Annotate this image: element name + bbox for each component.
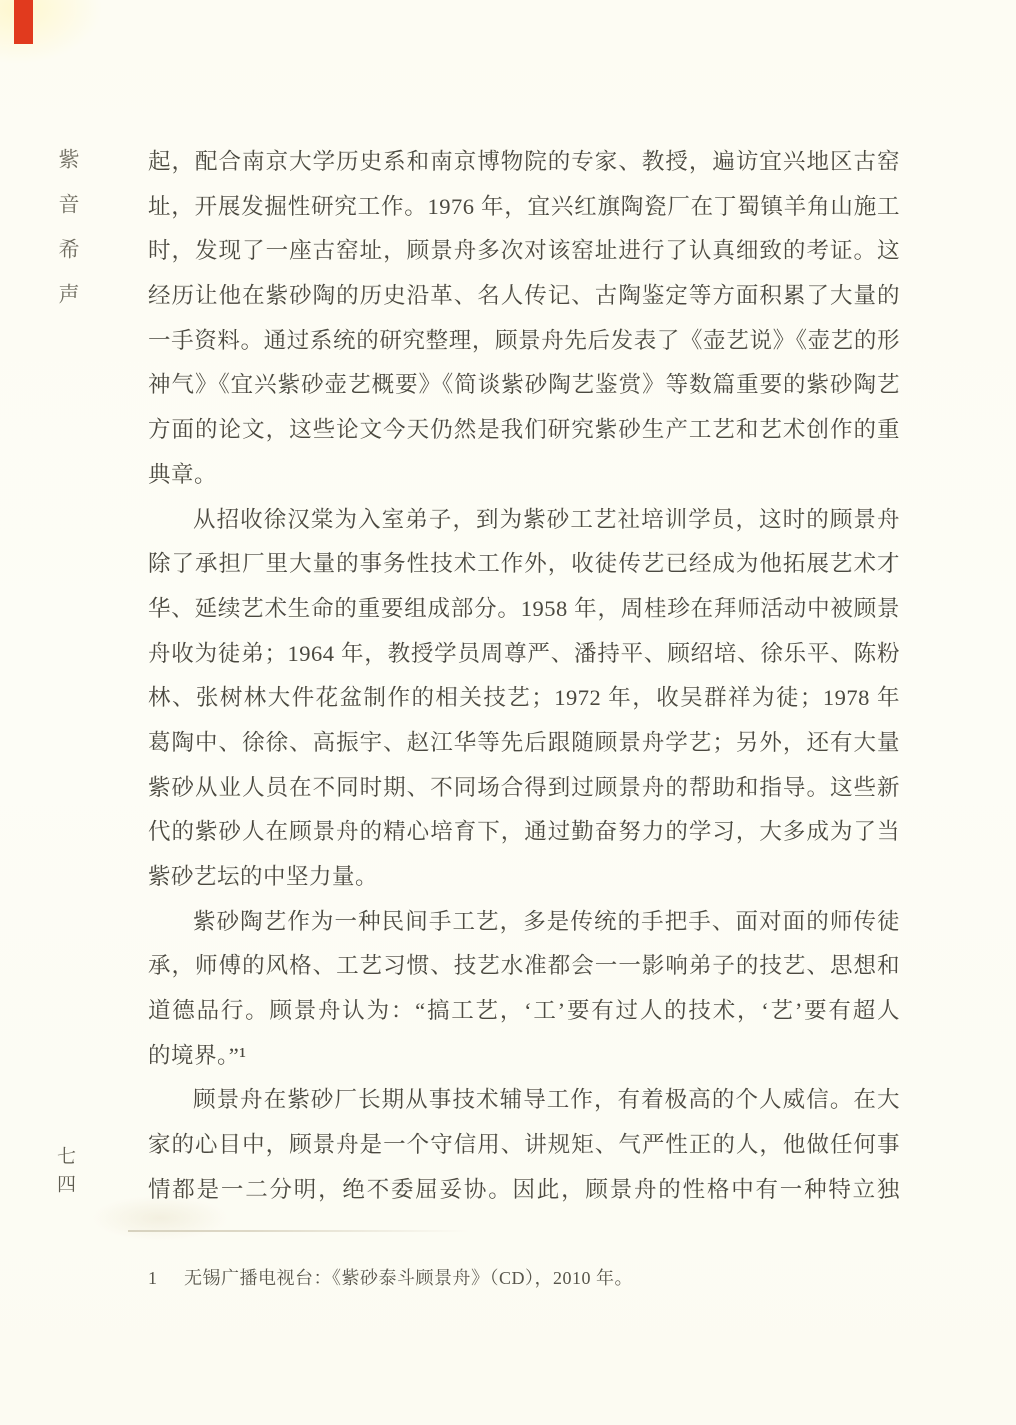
text-line: 紫砂陶艺作为一种民间手工艺，多是传统的手把手、面对面的师传徒 [148, 900, 900, 945]
footnote: 1无锡广播电视台：《紫砂泰斗顾景舟》（CD），2010 年。 [148, 1263, 888, 1293]
text-line: 的境界。”¹ [148, 1034, 900, 1079]
footnote-marker: 1 [148, 1263, 164, 1293]
footnote-separator [128, 1230, 468, 1232]
text-line: 舟收为徒弟；1964 年，教授学员周尊严、潘持平、顾绍培、徐乐平、陈粉 [148, 632, 900, 677]
footnote-text: 无锡广播电视台：《紫砂泰斗顾景舟》（CD），2010 年。 [184, 1268, 633, 1288]
page-number: 七四 [51, 1146, 78, 1226]
text-line: 林、张树林大件花盆制作的相关技艺；1972 年，收吴群祥为徒；1978 年后， [148, 676, 900, 721]
text-line: 家的心目中，顾景舟是一个守信用、讲规矩、气严性正的人，他做任何事 [148, 1123, 900, 1168]
text-line: 时，发现了一座古窑址，顾景舟多次对该窑址进行了认真细致的考证。这些 [148, 229, 900, 274]
text-line: 紫砂从业人员在不同时期、不同场合得到过顾景舟的帮助和指导。这些新一 [148, 766, 900, 811]
text-line: 除了承担厂里大量的事务性技术工作外，收徒传艺已经成为他拓展艺术才 [148, 542, 900, 587]
text-line: 神气》《宜兴紫砂壶艺概要》《简谈紫砂陶艺鉴赏》等数篇重要的紫砂陶艺 [148, 363, 900, 408]
text-line: 一手资料。通过系统的研究整理，顾景舟先后发表了《壶艺说》《壶艺的形 [148, 319, 900, 364]
text-line: 代的紫砂人在顾景舟的精心培育下，通过勤奋努力的学习，大多成为了当代 [148, 810, 900, 855]
text-line: 经历让他在紫砂陶的历史沿革、名人传记、古陶鉴定等方面积累了大量的第 [148, 274, 900, 319]
text-line: 紫砂艺坛的中坚力量。 [148, 855, 900, 900]
text-line: 起，配合南京大学历史系和南京博物院的专家、教授，遍访宜兴地区古窑 [148, 140, 900, 185]
text-line: 典章。 [148, 453, 900, 498]
text-line: 道德品行。顾景舟认为：“搞工艺，‘工’要有过人的技术，‘艺’要有超人 [148, 989, 900, 1034]
body-text: 起，配合南京大学历史系和南京博物院的专家、教授，遍访宜兴地区古窑址，开展发掘性研… [148, 140, 900, 1213]
text-line: 址，开展发掘性研究工作。1976 年，宜兴红旗陶瓷厂在丁蜀镇羊角山施工 [148, 185, 900, 230]
spine-title: 紫音希声 [53, 148, 83, 378]
text-line: 情都是一二分明，绝不委屈妥协。因此，顾景舟的性格中有一种特立独行、 [148, 1168, 900, 1213]
text-line: 华、延续艺术生命的重要组成部分。1958 年，周桂珍在拜师活动中被顾景 [148, 587, 900, 632]
red-corner-mark [14, 0, 33, 44]
text-line: 承，师傅的风格、工艺习惯、技艺水准都会一一影响弟子的技艺、思想和 [148, 944, 900, 989]
text-line: 方面的论文，这些论文今天仍然是我们研究紫砂生产工艺和艺术创作的重要 [148, 408, 900, 453]
text-line: 从招收徐汉棠为入室弟子，到为紫砂工艺社培训学员，这时的顾景舟 [148, 498, 900, 543]
book-page: 紫音希声 七四 起，配合南京大学历史系和南京博物院的专家、教授，遍访宜兴地区古窑… [0, 0, 1016, 1425]
text-line: 葛陶中、徐徐、高振宇、赵江华等先后跟随顾景舟学艺；另外，还有大量的 [148, 721, 900, 766]
text-line: 顾景舟在紫砂厂长期从事技术辅导工作，有着极高的个人威信。在大 [148, 1078, 900, 1123]
